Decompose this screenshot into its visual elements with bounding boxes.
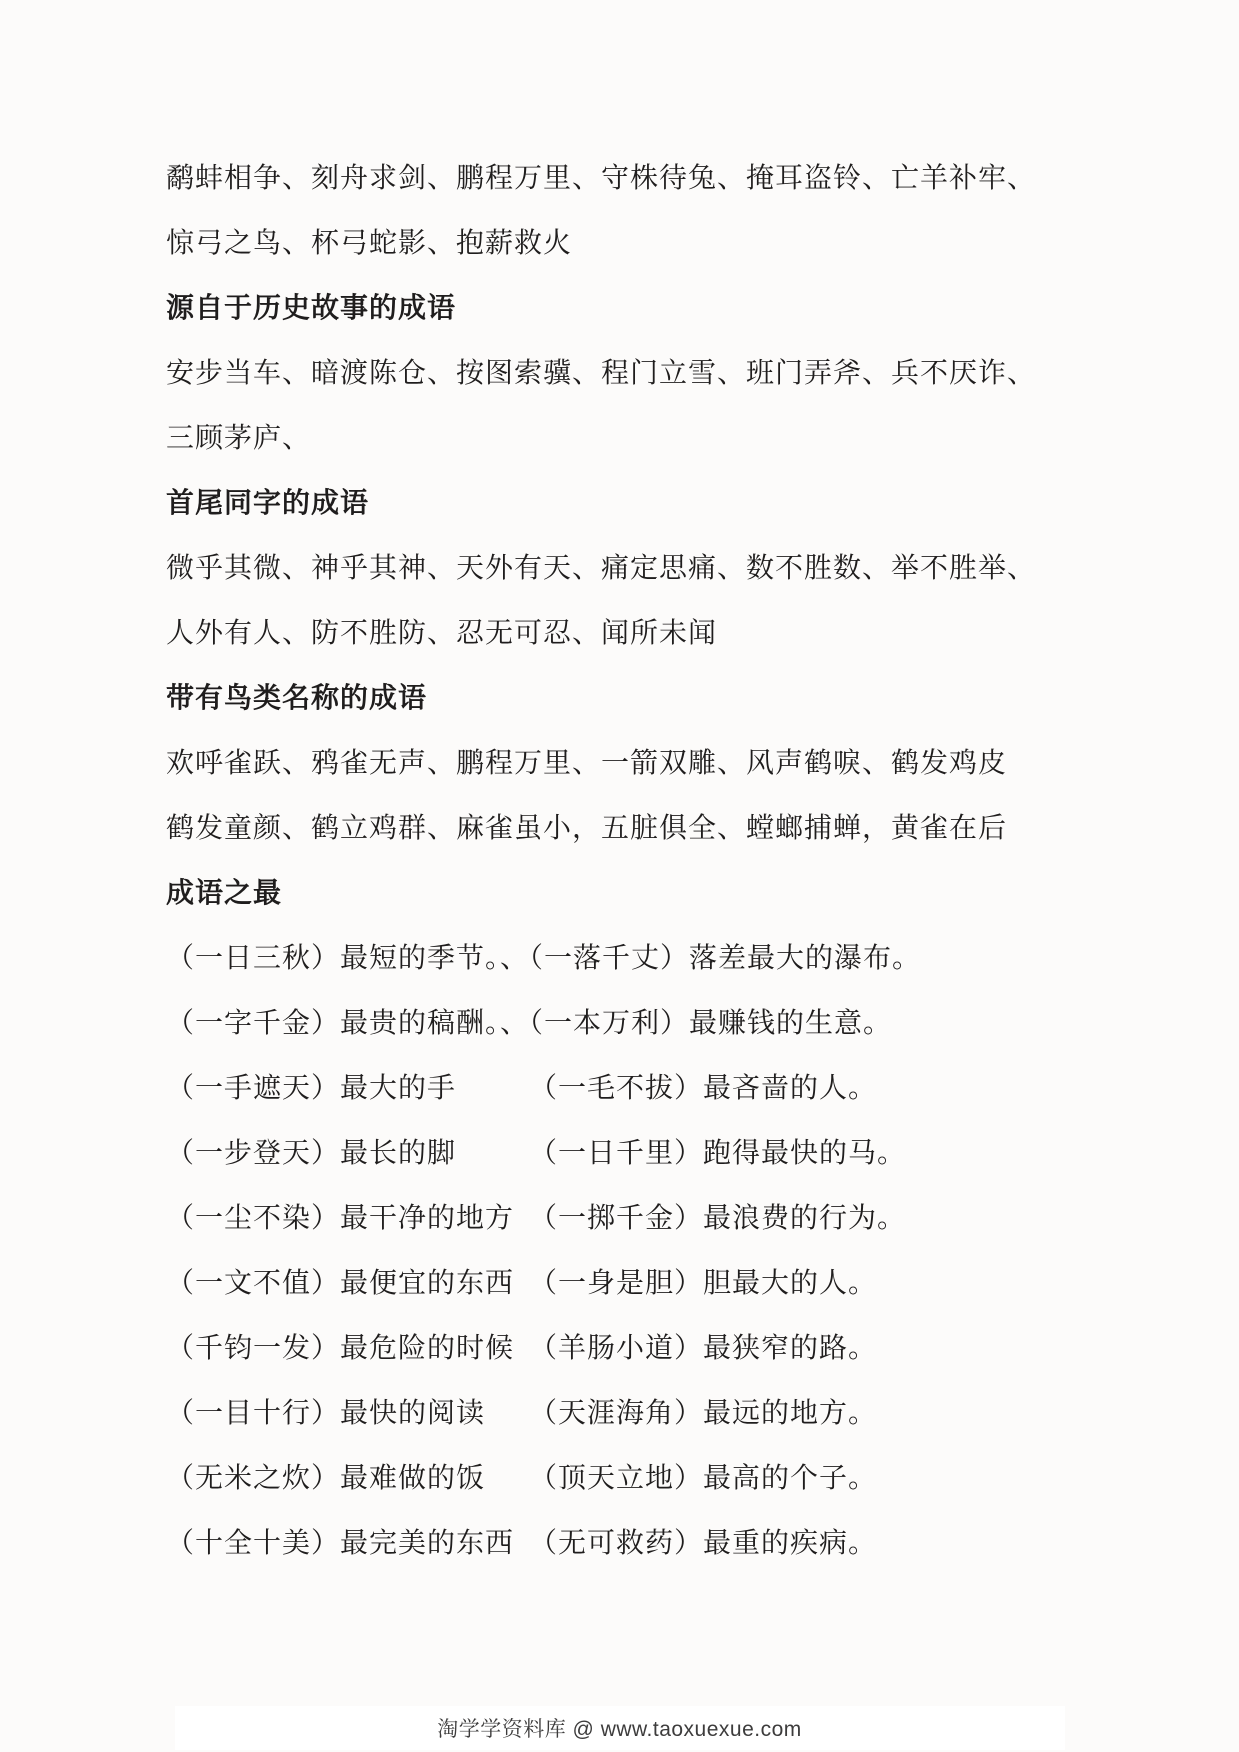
document-page: 鹬蚌相争、刻舟求剑、鹏程万里、守株待兔、掩耳盗铃、亡羊补牢、惊弓之鸟、杯弓蛇影、… (0, 0, 1239, 1752)
idiom-line: （一尘不染）最干净的地方 （一掷千金）最浪费的行为。 (166, 1185, 1119, 1250)
footer-watermark-text: 淘学学资料库 @ www.taoxuexue.com (437, 1713, 802, 1743)
idiom-line: 欢呼雀跃、鸦雀无声、鹏程万里、一箭双雕、风声鹤唳、鹤发鸡皮 (166, 730, 1119, 795)
idiom-line: 人外有人、防不胜防、忍无可忍、闻所未闻 (166, 600, 1119, 665)
idiom-line: （千钧一发）最危险的时候 （羊肠小道）最狭窄的路。 (166, 1315, 1119, 1380)
idiom-line: （无米之炊）最难做的饭 （顶天立地）最高的个子。 (166, 1445, 1119, 1510)
idiom-line: （一文不值）最便宜的东西 （一身是胆）胆最大的人。 (166, 1250, 1119, 1315)
idiom-line: 三顾茅庐、 (166, 405, 1119, 470)
section-heading: 首尾同字的成语 (166, 470, 1119, 535)
idiom-line: 惊弓之鸟、杯弓蛇影、抱薪救火 (166, 210, 1119, 275)
idiom-line: 微乎其微、神乎其神、天外有天、痛定思痛、数不胜数、举不胜举、 (166, 535, 1119, 600)
idiom-line: （一日三秋）最短的季节。、（一落千丈）落差最大的瀑布。 (166, 925, 1119, 990)
idiom-line: （一步登天）最长的脚 （一日千里）跑得最快的马。 (166, 1120, 1119, 1185)
idiom-line: （一手遮天）最大的手 （一毛不拔）最吝啬的人。 (166, 1055, 1119, 1120)
idiom-line: （十全十美）最完美的东西 （无可救药）最重的疾病。 (166, 1510, 1119, 1575)
idiom-line: 鹬蚌相争、刻舟求剑、鹏程万里、守株待兔、掩耳盗铃、亡羊补牢、 (166, 145, 1119, 210)
section-heading: 成语之最 (166, 860, 1119, 925)
section-heading: 源自于历史故事的成语 (166, 275, 1119, 340)
idiom-line: （一目十行）最快的阅读 （天涯海角）最远的地方。 (166, 1380, 1119, 1445)
document-body: 鹬蚌相争、刻舟求剑、鹏程万里、守株待兔、掩耳盗铃、亡羊补牢、惊弓之鸟、杯弓蛇影、… (166, 145, 1119, 1575)
section-heading: 带有鸟类名称的成语 (166, 665, 1119, 730)
idiom-line: （一字千金）最贵的稿酬。、（一本万利）最赚钱的生意。 (166, 990, 1119, 1055)
footer-watermark-bar: 淘学学资料库 @ www.taoxuexue.com (175, 1706, 1065, 1750)
idiom-line: 安步当车、暗渡陈仓、按图索骥、程门立雪、班门弄斧、兵不厌诈、 (166, 340, 1119, 405)
idiom-line: 鹤发童颜、鹤立鸡群、麻雀虽小，五脏俱全、螳螂捕蝉，黄雀在后 (166, 795, 1119, 860)
